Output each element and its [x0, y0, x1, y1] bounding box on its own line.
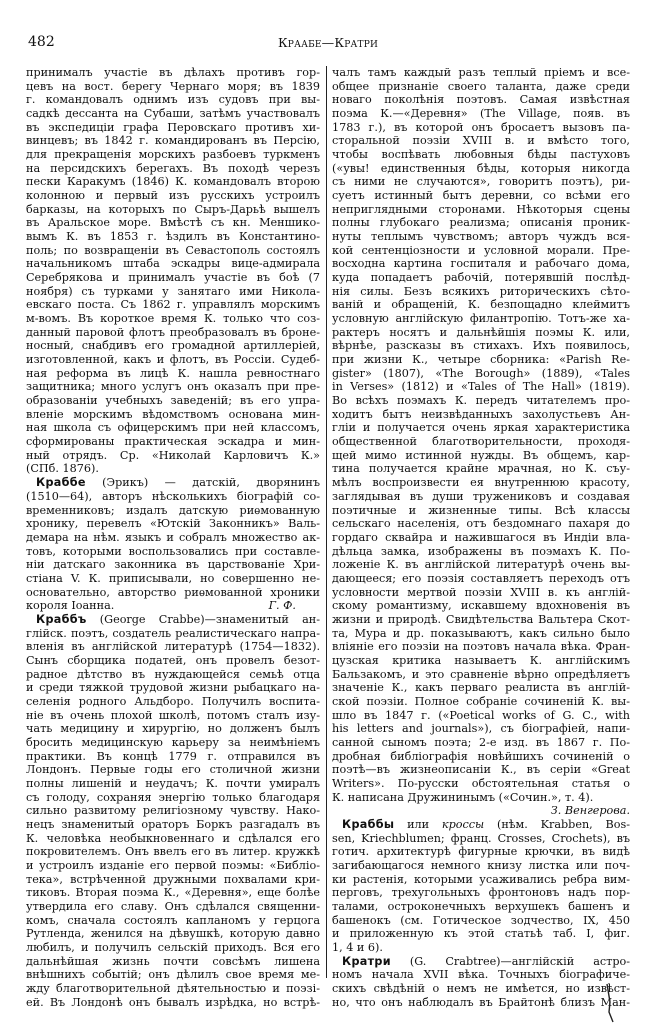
line-text: общее признаніе своего таланта, даже сре…: [332, 80, 630, 93]
line-text: практики. Въ концѣ 1779 г. отправился въ: [26, 750, 320, 763]
line-text: Бальзакомъ, и это сравненіе вѣрно опредѣ…: [332, 668, 630, 681]
text-line: короля Іоанна.Г. Ф.: [26, 599, 320, 613]
text-line: евскаго поста. Съ 1862 г. управлялъ морс…: [26, 298, 320, 312]
line-text: башенокъ (см. Готическое зодчество, IX, …: [332, 914, 630, 927]
line-text: тека», встрѣченной дружными похвалами кр…: [26, 873, 320, 886]
line-text: тина получается крайне мрачная, но К. съ…: [332, 462, 630, 475]
text-line: вымъ К. въ 1853 г. ѣздилъ въ Константино…: [26, 230, 320, 244]
line-text: съ ними не случаются», говоритъ поэтъ), …: [332, 175, 630, 188]
line-text: начальникомъ штаба эскадры вице-адмирала: [26, 257, 320, 270]
line-text: («увы! единственныя бѣды, которыя никогд…: [332, 162, 630, 175]
line-text: восходна картина госпиталя и рабочаго до…: [332, 257, 630, 270]
line-text: винцевъ; въ 1842 г. командированъ въ Пер…: [26, 134, 320, 147]
line-text: защитника; много услугъ онъ оказалъ при …: [26, 380, 320, 393]
line-text: талами, остроконечныхъ верхушекъ башенъ …: [332, 900, 630, 913]
text-line: Рутленда, женился на дѣвушкѣ, которую да…: [26, 927, 320, 941]
line-text: ки растенія, которыми усаживались ребра …: [332, 873, 630, 886]
line-text: гордаго сквайра и нажившагося въ Индіи в…: [332, 531, 630, 544]
text-line: ей. Въ Лондонѣ онъ бывалъ изрѣдка, но вс…: [26, 996, 320, 1010]
line-text: чалъ тамъ каждый разъ теплый пріемъ и вс…: [332, 66, 630, 79]
text-line: ходитъ бытъ неизвѣданныхъ захолустьевъ А…: [332, 408, 630, 422]
text-line: шло въ 1847 г. («Poetical works of G. C.…: [332, 709, 630, 723]
entry-headword: Краббы: [342, 818, 394, 831]
line-text: условную англійскую филантропію. Тотъ-же…: [332, 312, 630, 325]
text-line: Лондонъ. Первые годы его столичной жизни: [26, 763, 320, 777]
text-line: чалъ тамъ каждый разъ теплый пріемъ и вс…: [332, 66, 630, 80]
text-line: ніе въ очень плохой школѣ, потомъ сталъ …: [26, 709, 320, 723]
text-line: his letters and journals»), съ біографіе…: [332, 722, 630, 736]
text-line: чать медицину и хирургію, но долженъ был…: [26, 722, 320, 736]
line-text: образованіи учебныхъ заведеній; въ его у…: [26, 394, 320, 407]
text-line: условную англійскую филантропію. Тотъ-же…: [332, 312, 630, 326]
text-line: и среди тяжкой трудовой жизни рыбацкаго …: [26, 681, 320, 695]
text-line: поэма К.—«Деревня» (The Village, появ. в…: [332, 107, 630, 121]
text-line: съ ними не случаются», говоритъ поэтъ), …: [332, 175, 630, 189]
text-line: утвердила его славу. Онъ сдѣлался священ…: [26, 900, 320, 914]
text-line: вленія въ англійской литературѣ (1754—18…: [26, 640, 320, 654]
text-line: скихъ свѣдѣній о немъ не имѣется, но изв…: [332, 982, 630, 996]
line-text: или: [394, 818, 442, 831]
text-line: практики. Въ концѣ 1779 г. отправился въ: [26, 750, 320, 764]
text-line: данный паровой флотъ преобразовалъ въ бр…: [26, 326, 320, 340]
line-text: и среди тяжкой трудовой жизни рыбацкаго …: [26, 681, 320, 694]
text-line: защитника; много услугъ онъ оказалъ при …: [26, 380, 320, 394]
line-text: полны глубокаго реализма; описанія прони…: [332, 216, 630, 229]
line-text: К. написана Дружининымъ («Сочин.», т. 4)…: [332, 791, 593, 804]
line-text: цузская критика называетъ К. англійскимъ: [332, 654, 630, 667]
text-line: ложеніе К. въ англійской литературѣ очен…: [332, 558, 630, 572]
text-line: винцевъ; въ 1842 г. командированъ въ Пер…: [26, 134, 320, 148]
line-text: покровителемъ. Онъ ввелъ его въ литер. к…: [26, 845, 320, 858]
text-line: цевъ на вост. берегу Чернаго моря; въ 18…: [26, 80, 320, 94]
line-text: м-вомъ. Въ короткое время К. только что …: [26, 312, 320, 325]
line-text: радное дѣтство въ нуждающейся семьѣ отца: [26, 668, 320, 681]
line-text: санной сыномъ поэта; 2-е изд. въ 1867 г.…: [332, 736, 630, 749]
line-text: ложеніе К. въ англійской литературѣ очен…: [332, 558, 630, 571]
line-text: та, Мура и др. показываютъ, какъ сильно …: [332, 627, 630, 640]
text-line: гліи и получается очень яркая характерис…: [332, 421, 630, 435]
text-line: любилъ, и получилъ сельскій приходъ. Вся…: [26, 941, 320, 955]
line-text: ный отрядъ. Ср. «Николай Карловичъ К.»: [26, 449, 320, 462]
line-text: неприглядными сторонами. Нѣкоторыя сцены: [332, 203, 630, 216]
line-text: загибающагося немного книзу листка или п…: [332, 859, 630, 872]
text-line: стіана V. К. приписывали, но совершенно …: [26, 572, 320, 586]
text-line: дающееся; его поэзія составляетъ переход…: [332, 572, 630, 586]
line-text: товъ, которыми воспользовались при соста…: [26, 545, 320, 558]
line-text: вленіе морскимъ вѣдомствомъ основана мин…: [26, 408, 320, 421]
line-text: принималъ участіе въ дѣлахъ противъ гор-: [26, 66, 320, 79]
text-line: бросить медицинскую карьеру за неимѣніем…: [26, 736, 320, 750]
text-line: К. человѣка необыкновеннаго и сдѣлался е…: [26, 832, 320, 846]
text-line: гордаго сквайра и нажившагося въ Индіи в…: [332, 531, 630, 545]
text-line: пески Каракумъ (1846) К. командовалъ вто…: [26, 175, 320, 189]
text-line: перговъ, трехугольныхъ фронтоновъ надъ п…: [332, 886, 630, 900]
text-line: общественной благотворительности, проход…: [332, 435, 630, 449]
line-text: цевъ на вост. берегу Чернаго моря; въ 18…: [26, 80, 320, 93]
text-line: ваній и обращеній, К. безпощадно клеймит…: [332, 298, 630, 312]
line-text: вленія въ англійской литературѣ (1754—18…: [26, 640, 320, 653]
line-text: ніе въ очень плохой школѣ, потомъ сталъ …: [26, 709, 320, 722]
text-line: демара на нѣм. языкъ и собралъ множество…: [26, 531, 320, 545]
text-line: комъ, сначала состоялъ капланомъ у герцо…: [26, 914, 320, 928]
text-line: номъ начала XVII вѣка. Точныхъ біографич…: [332, 968, 630, 982]
entry-headword: Кратри: [342, 955, 391, 968]
text-line: начальникомъ штаба эскадры вице-адмирала: [26, 257, 320, 271]
line-text: гліи и получается очень яркая характерис…: [332, 421, 630, 434]
line-text: нія силы. Безъ всякихъ риторическихъ сѣт…: [332, 285, 630, 298]
text-line: вѣрнѣе, разсказы въ стихахъ. Ихъ появило…: [332, 339, 630, 353]
entry-headword-line: Краббы или кроссы (нѣм. Krabben, Bos-: [332, 818, 630, 832]
entry-headword-line: Кратри (G. Crabtree)—англійскій астро-: [332, 955, 630, 969]
text-line: ки растенія, которыми усаживались ребра …: [332, 873, 630, 887]
text-line: общее признаніе своего таланта, даже сре…: [332, 80, 630, 94]
line-text: ей. Въ Лондонѣ онъ бывалъ изрѣдка, но вс…: [26, 996, 320, 1009]
text-line: но, что онъ наблюдалъ въ Брайтонѣ близъ …: [332, 996, 630, 1010]
line-text: Лондонъ. Первые годы его столичной жизни: [26, 763, 320, 776]
line-text: номъ начала XVII вѣка. Точныхъ біографич…: [332, 968, 630, 981]
line-text: нецъ знаменитый ораторъ Боркъ разгадалъ …: [26, 818, 320, 831]
line-text: общественной благотворительности, проход…: [332, 435, 630, 448]
entry-headword: Краббъ: [36, 613, 87, 626]
text-line: на персидскихъ берегахъ. Въ походѣ через…: [26, 162, 320, 176]
line-text: тиковъ. Вторая поэма К., «Деревня», еще …: [26, 886, 320, 899]
text-line: башенокъ (см. Готическое зодчество, IX, …: [332, 914, 630, 928]
line-text: ная школа съ офицерскимъ при ней классом…: [26, 421, 320, 434]
line-text: внѣшнихъ событій; онъ дѣлилъ свое время …: [26, 968, 320, 981]
text-line: внѣшнихъ событій; онъ дѣлилъ свое время …: [26, 968, 320, 982]
line-text: хронику, перевелъ «Ютскій Законникъ» Вал…: [26, 517, 320, 530]
text-line: Серебрякова и принималъ участіе въ боѣ (…: [26, 271, 320, 285]
text-line: принималъ участіе въ дѣлахъ противъ гор-: [26, 66, 320, 80]
text-line: готич. архитектурѣ фигурные крючки, въ в…: [332, 845, 630, 859]
line-text: готич. архитектурѣ фигурные крючки, въ в…: [332, 845, 630, 858]
line-text: поль; по возвращеніи въ Севастополь сост…: [26, 244, 320, 257]
text-line: сторальной поэзіи XVIII в. и вмѣсто того…: [332, 134, 630, 148]
line-text: in Verses» (1812) и «Tales of The Hall» …: [332, 380, 630, 393]
text-line: Во всѣхъ поэмахъ К. передъ читателемъ пр…: [332, 394, 630, 408]
text-line: радное дѣтство въ нуждающейся семьѣ отца: [26, 668, 320, 682]
line-text: демара на нѣм. языкъ и собралъ множество…: [26, 531, 320, 544]
text-line: и устроилъ изданіе его первой поэмы: «Би…: [26, 859, 320, 873]
line-text: (1510—64), авторъ нѣсколькихъ біографій …: [26, 490, 320, 503]
text-line: барказы, на которыхъ по Сыръ-Дарьѣ вышел…: [26, 203, 320, 217]
line-text: колонною и первый изъ русскихъ устроилъ: [26, 189, 320, 202]
line-text: евскаго поста. Съ 1862 г. управлялъ морс…: [26, 298, 320, 311]
line-text: his letters and journals»), съ біографіе…: [332, 722, 630, 735]
line-text: нуты теплымъ чувствомъ; авторъ чуждъ вся…: [332, 230, 630, 243]
text-line: Сынъ сборщика податей, онъ провелъ безот…: [26, 654, 320, 668]
line-text: селенія родного Альдборо. Получилъ воспи…: [26, 695, 320, 708]
text-line: г. командовалъ однимъ изъ судовъ при вы-: [26, 93, 320, 107]
text-line: неприглядными сторонами. Нѣкоторыя сцены: [332, 203, 630, 217]
line-text: садкѣ дессанта на Субаши, затѣмъ участво…: [26, 107, 320, 120]
text-line: хронику, перевелъ «Ютскій Законникъ» Вал…: [26, 517, 320, 531]
line-text: г. командовалъ однимъ изъ судовъ при вы-: [26, 93, 320, 106]
line-text: (George Crabbe)—знаменитый ан-: [87, 613, 320, 626]
text-line: селенія родного Альдборо. Получилъ воспи…: [26, 695, 320, 709]
text-line: санной сыномъ поэта; 2-е изд. въ 1867 г.…: [332, 736, 630, 750]
line-text: сильно развитому религіозному чувству. Н…: [26, 804, 320, 817]
text-line: ная школа съ офицерскимъ при ней классом…: [26, 421, 320, 435]
line-text: но, что онъ наблюдалъ въ Брайтонѣ близъ …: [332, 996, 630, 1009]
line-text: пески Каракумъ (1846) К. командовалъ вто…: [26, 175, 320, 188]
text-line: покровителемъ. Онъ ввелъ его въ литер. к…: [26, 845, 320, 859]
line-text: Во всѣхъ поэмахъ К. передъ читателемъ пр…: [332, 394, 630, 407]
line-text: сформированы практическая эскадра и мин-: [26, 435, 320, 448]
line-text: ноября) съ турками у занятаго ими Никола…: [26, 285, 320, 298]
entry-headword-line: Краббъ (George Crabbe)—знаменитый ан-: [26, 613, 320, 627]
line-text: временниковъ; издалъ датскую риѳмованную: [26, 504, 320, 517]
line-text: дальнѣйшая жизнь почти совсѣмъ лишена: [26, 955, 320, 968]
line-text: перговъ, трехугольныхъ фронтоновъ надъ п…: [332, 886, 630, 899]
line-text: (G. Crabtree)—англійскій астро-: [391, 955, 630, 968]
line-text: поэма К.—«Деревня» (The Village, появ. в…: [332, 107, 630, 120]
text-line: м-вомъ. Въ короткое время К. только что …: [26, 312, 320, 326]
line-text: бросить медицинскую карьеру за неимѣніем…: [26, 736, 320, 749]
text-line: при жизни К., четыре сборника: «Parish R…: [332, 353, 630, 367]
line-text: дѣльца замка, изображены въ поэмахъ К. П…: [332, 545, 630, 558]
text-line: временниковъ; издалъ датскую риѳмованную: [26, 504, 320, 518]
text-line: тина получается крайне мрачная, но К. съ…: [332, 462, 630, 476]
line-text: любилъ, и получилъ сельскій приходъ. Вся…: [26, 941, 320, 954]
line-text: основательно, авторство риѳмованной хрон…: [26, 586, 320, 599]
text-line: Writers». По-русски обстоятельная статья…: [332, 777, 630, 791]
line-text: новаго поколѣнія поэтовъ. Самая извѣстна…: [332, 93, 630, 106]
line-text: мѣлъ воспроизвести ея внутреннюю красоту…: [332, 476, 630, 489]
line-text: щей мимо истинной нужды. Въ общемъ, кар-: [332, 449, 630, 462]
text-line: и приложенную къ этой статьѣ таб. I, фиг…: [332, 927, 630, 941]
line-text: и устроилъ изданіе его первой поэмы: «Би…: [26, 859, 320, 872]
text-line: in Verses» (1812) и «Tales of The Hall» …: [332, 380, 630, 394]
text-line: товъ, которыми воспользовались при соста…: [26, 545, 320, 559]
text-line: суетъ истинный бытъ деревни, со всѣми ег…: [332, 189, 630, 203]
text-line: сильно развитому религіозному чувству. Н…: [26, 804, 320, 818]
line-text: сторальной поэзіи XVIII в. и вмѣсто того…: [332, 134, 630, 147]
line-text: gister» (1807), «The Borough» (1889), «T…: [332, 367, 630, 380]
line-text: вымъ К. въ 1853 г. ѣздилъ въ Константино…: [26, 230, 320, 243]
line-text: вліяніе его поэзіи на поэтовъ начала вѣк…: [332, 640, 630, 653]
text-line: цузская критика называетъ К. англійскимъ: [332, 654, 630, 668]
text-line: поэтѣ—въ жизнеописаніи К., въ серіи «Gre…: [332, 763, 630, 777]
line-text: К. человѣка необыкновеннаго и сдѣлался е…: [26, 832, 320, 845]
text-line: Бальзакомъ, и это сравненіе вѣрно опредѣ…: [332, 668, 630, 682]
text-line: ный отрядъ. Ср. «Николай Карловичъ К.»: [26, 449, 320, 463]
text-line: мѣлъ воспроизвести ея внутреннюю красоту…: [332, 476, 630, 490]
text-line: sen, Kriechblumen; франц. Crosses, Croch…: [332, 832, 630, 846]
text-line: gister» (1807), «The Borough» (1889), «T…: [332, 367, 630, 381]
line-text: кой сентенціозности и условной морали. П…: [332, 244, 630, 257]
text-line: образованіи учебныхъ заведеній; въ его у…: [26, 394, 320, 408]
line-text: сельскаго населенія, отъ бездомнаго паха…: [332, 517, 630, 530]
text-line: новаго поколѣнія поэтовъ. Самая извѣстна…: [332, 93, 630, 107]
text-line: глійск. поэтъ, создатель реалистическаго…: [26, 627, 320, 641]
text-line: (1510—64), авторъ нѣсколькихъ біографій …: [26, 490, 320, 504]
text-line: (СПб. 1876).: [26, 462, 320, 476]
line-text: при жизни К., четыре сборника: «Parish R…: [332, 353, 630, 366]
text-line: талами, остроконечныхъ верхушекъ башенъ …: [332, 900, 630, 914]
line-text: комъ, сначала состоялъ капланомъ у герцо…: [26, 914, 320, 927]
text-line: съ голоду, сохраняя энергію только благо…: [26, 791, 320, 805]
text-line: загибающагося немного книзу листка или п…: [332, 859, 630, 873]
text-line: тиковъ. Вторая поэма К., «Деревня», еще …: [26, 886, 320, 900]
line-text: поэтичные и жизненные типы. Всѣ классы: [332, 504, 630, 517]
line-text: ніи датскаго законника въ царствованіе Х…: [26, 558, 320, 571]
line-text: утвердила его славу. Онъ сдѣлался священ…: [26, 900, 320, 913]
text-line: ная реформа въ лицѣ К. нашла ревностнаго: [26, 367, 320, 381]
line-text: полны лишеній и неудачъ; К. почти умирал…: [26, 777, 320, 790]
line-text: вѣрнѣе, разсказы въ стихахъ. Ихъ появило…: [332, 339, 630, 352]
text-line: жду благотворительной дѣятельностью и по…: [26, 982, 320, 996]
line-text: 1, 4 и 6).: [332, 941, 383, 954]
text-line: изготовленной, какъ и флотъ, въ Россіи. …: [26, 353, 320, 367]
line-text: ная реформа въ лицѣ К. нашла ревностнаго: [26, 367, 320, 380]
text-line: рактеръ носятъ и дальнѣйшія поэмы К. или…: [332, 326, 630, 340]
line-text: Рутленда, женился на дѣвушкѣ, которую да…: [26, 927, 320, 940]
column-divider: [326, 66, 327, 978]
text-line: нецъ знаменитый ораторъ Боркъ разгадалъ …: [26, 818, 320, 832]
text-line: нуты теплымъ чувствомъ; авторъ чуждъ вся…: [332, 230, 630, 244]
line-text: ходитъ бытъ неизвѣданныхъ захолустьевъ А…: [332, 408, 630, 421]
line-text: въ Аральское море. Вмѣстѣ съ кн. Меншико…: [26, 216, 320, 229]
line-text: данный паровой флотъ преобразовалъ въ бр…: [26, 326, 320, 339]
line-text: чать медицину и хирургію, но долженъ был…: [26, 722, 320, 735]
line-text: Серебрякова и принималъ участіе въ боѣ (…: [26, 271, 320, 284]
signature: Г. Ф.: [269, 599, 320, 613]
line-text: чтобы воспѣвать любовныя бѣды пастуховъ: [332, 148, 630, 161]
line-text: стіана V. К. приписывали, но совершенно …: [26, 572, 320, 585]
text-line: чтобы воспѣвать любовныя бѣды пастуховъ: [332, 148, 630, 162]
line-text: суетъ истинный бытъ деревни, со всѣми ег…: [332, 189, 630, 202]
text-line: поль; по возвращеніи въ Севастополь сост…: [26, 244, 320, 258]
text-line: значеніе К., какъ перваго реалиста въ ан…: [332, 681, 630, 695]
line-text: Writers». По-русски обстоятельная статья…: [332, 777, 630, 790]
text-line: заглядывая въ души тружениковъ и создава…: [332, 490, 630, 504]
line-text: носный, снабдивъ его громадной артиллері…: [26, 339, 320, 352]
line-text: жизни и природѣ. Свидѣтельства Вальтера …: [332, 613, 630, 626]
line-text: заглядывая въ души тружениковъ и создава…: [332, 490, 630, 503]
text-line: поэтичные и жизненные типы. Всѣ классы: [332, 504, 630, 518]
line-text: съ голоду, сохраняя энергію только благо…: [26, 791, 320, 804]
text-line: условности мертвой поэзіи XVIII в. къ ан…: [332, 586, 630, 600]
line-text: условности мертвой поэзіи XVIII в. къ ан…: [332, 586, 630, 599]
line-text: скихъ свѣдѣній о немъ не имѣется, но изв…: [332, 982, 630, 995]
text-line: ноября) съ турками у занятаго ими Никола…: [26, 285, 320, 299]
text-line: скому романтизму, искавшему вдохновенія …: [332, 599, 630, 613]
line-text: ваній и обращеній, К. безпощадно клеймит…: [332, 298, 630, 311]
text-line: нія силы. Безъ всякихъ риторическихъ сѣт…: [332, 285, 630, 299]
right-column: чалъ тамъ каждый разъ теплый пріемъ и вс…: [332, 66, 630, 1009]
line-text: ской поэзіи. Полное собраніе сочиненій К…: [332, 695, 630, 708]
line-text: 1783 г.), въ которой онъ бросаетъ вызовъ…: [332, 121, 630, 134]
text-line: («увы! единственныя бѣды, которыя никогд…: [332, 162, 630, 176]
text-line: вленіе морскимъ вѣдомствомъ основана мин…: [26, 408, 320, 422]
line-text: жду благотворительной дѣятельностью и по…: [26, 982, 320, 995]
line-text: значеніе К., какъ перваго реалиста въ ан…: [332, 681, 630, 694]
text-line: К. написана Дружининымъ («Сочин.», т. 4)…: [332, 791, 630, 805]
line-text: sen, Kriechblumen; франц. Crosses, Croch…: [332, 832, 630, 845]
text-line: колонною и первый изъ русскихъ устроилъ: [26, 189, 320, 203]
entry-headword-line: Краббе (Эрикъ) — датскій, дворянинъ: [26, 476, 320, 490]
line-text: Сынъ сборщика податей, онъ провелъ безот…: [26, 654, 320, 667]
left-column: принималъ участіе въ дѣлахъ противъ гор-…: [26, 66, 320, 1009]
line-text: глійск. поэтъ, создатель реалистическаго…: [26, 627, 320, 640]
text-line: въ Аральское море. Вмѣстѣ съ кн. Меншико…: [26, 216, 320, 230]
line-text: рактеръ носятъ и дальнѣйшія поэмы К. или…: [332, 326, 630, 339]
line-text: изготовленной, какъ и флотъ, въ Россіи. …: [26, 353, 320, 366]
signature: З. Венгерова.: [332, 804, 630, 818]
page-header: 482 Краабе—Кратри: [28, 34, 628, 52]
text-line: 1783 г.), въ которой онъ бросаетъ вызовъ…: [332, 121, 630, 135]
text-line: 1, 4 и 6).: [332, 941, 630, 955]
text-line: для прекращенія морскихъ разбоевъ туркме…: [26, 148, 320, 162]
text-line: дробная библіографія новѣйшихъ сочиненій…: [332, 750, 630, 764]
text-line: сформированы практическая эскадра и мин-: [26, 435, 320, 449]
text-line: въ экспедиціи графа Перовскаго противъ х…: [26, 121, 320, 135]
text-line: садкѣ дессанта на Субаши, затѣмъ участво…: [26, 107, 320, 121]
text-line: та, Мура и др. показываютъ, какъ сильно …: [332, 627, 630, 641]
line-text: (нѣм. Krabben, Bos-: [484, 818, 630, 831]
line-text: для прекращенія морскихъ разбоевъ туркме…: [26, 148, 320, 161]
text-line: кой сентенціозности и условной морали. П…: [332, 244, 630, 258]
line-text: въ экспедиціи графа Перовскаго противъ х…: [26, 121, 320, 134]
text-line: ской поэзіи. Полное собраніе сочиненій К…: [332, 695, 630, 709]
line-text: куда попадаетъ рабочій, потерявшій послѣ…: [332, 271, 630, 284]
text-line: сельскаго населенія, отъ бездомнаго паха…: [332, 517, 630, 531]
text-line: восходна картина госпиталя и рабочаго до…: [332, 257, 630, 271]
text-line: носный, снабдивъ его громадной артиллері…: [26, 339, 320, 353]
text-line: дальнѣйшая жизнь почти совсѣмъ лишена: [26, 955, 320, 969]
text-line: основательно, авторство риѳмованной хрон…: [26, 586, 320, 600]
line-text: (СПб. 1876).: [26, 462, 99, 475]
text-line: куда попадаетъ рабочій, потерявшій послѣ…: [332, 271, 630, 285]
text-line: полны глубокаго реализма; описанія прони…: [332, 216, 630, 230]
text-line: тека», встрѣченной дружными похвалами кр…: [26, 873, 320, 887]
running-head: Краабе—Кратри: [28, 35, 628, 50]
text-line: щей мимо истинной нужды. Въ общемъ, кар-: [332, 449, 630, 463]
line-text: и приложенную къ этой статьѣ таб. I, фиг…: [332, 927, 630, 940]
text-line: вліяніе его поэзіи на поэтовъ начала вѣк…: [332, 640, 630, 654]
line-text: короля Іоанна.: [26, 599, 114, 613]
text-line: дѣльца замка, изображены въ поэмахъ К. П…: [332, 545, 630, 559]
line-text: (Эрикъ) — датскій, дворянинъ: [86, 476, 320, 489]
line-text: дробная библіографія новѣйшихъ сочиненій…: [332, 750, 630, 763]
text-line: ніи датскаго законника въ царствованіе Х…: [26, 558, 320, 572]
line-text: барказы, на которыхъ по Сыръ-Дарьѣ вышел…: [26, 203, 320, 216]
line-text: дающееся; его поэзія составляетъ переход…: [332, 572, 630, 585]
text-line: полны лишеній и неудачъ; К. почти умирал…: [26, 777, 320, 791]
stray-ink-mark-icon: [604, 982, 616, 1024]
text-line: жизни и природѣ. Свидѣтельства Вальтера …: [332, 613, 630, 627]
line-text: шло въ 1847 г. («Poetical works of G. C.…: [332, 709, 630, 722]
italic-term: кроссы: [442, 818, 484, 831]
line-text: скому романтизму, искавшему вдохновенія …: [332, 599, 630, 612]
entry-headword: Краббе: [36, 476, 86, 489]
line-text: поэтѣ—въ жизнеописаніи К., въ серіи «Gre…: [332, 763, 630, 776]
line-text: на персидскихъ берегахъ. Въ походѣ через…: [26, 162, 320, 175]
